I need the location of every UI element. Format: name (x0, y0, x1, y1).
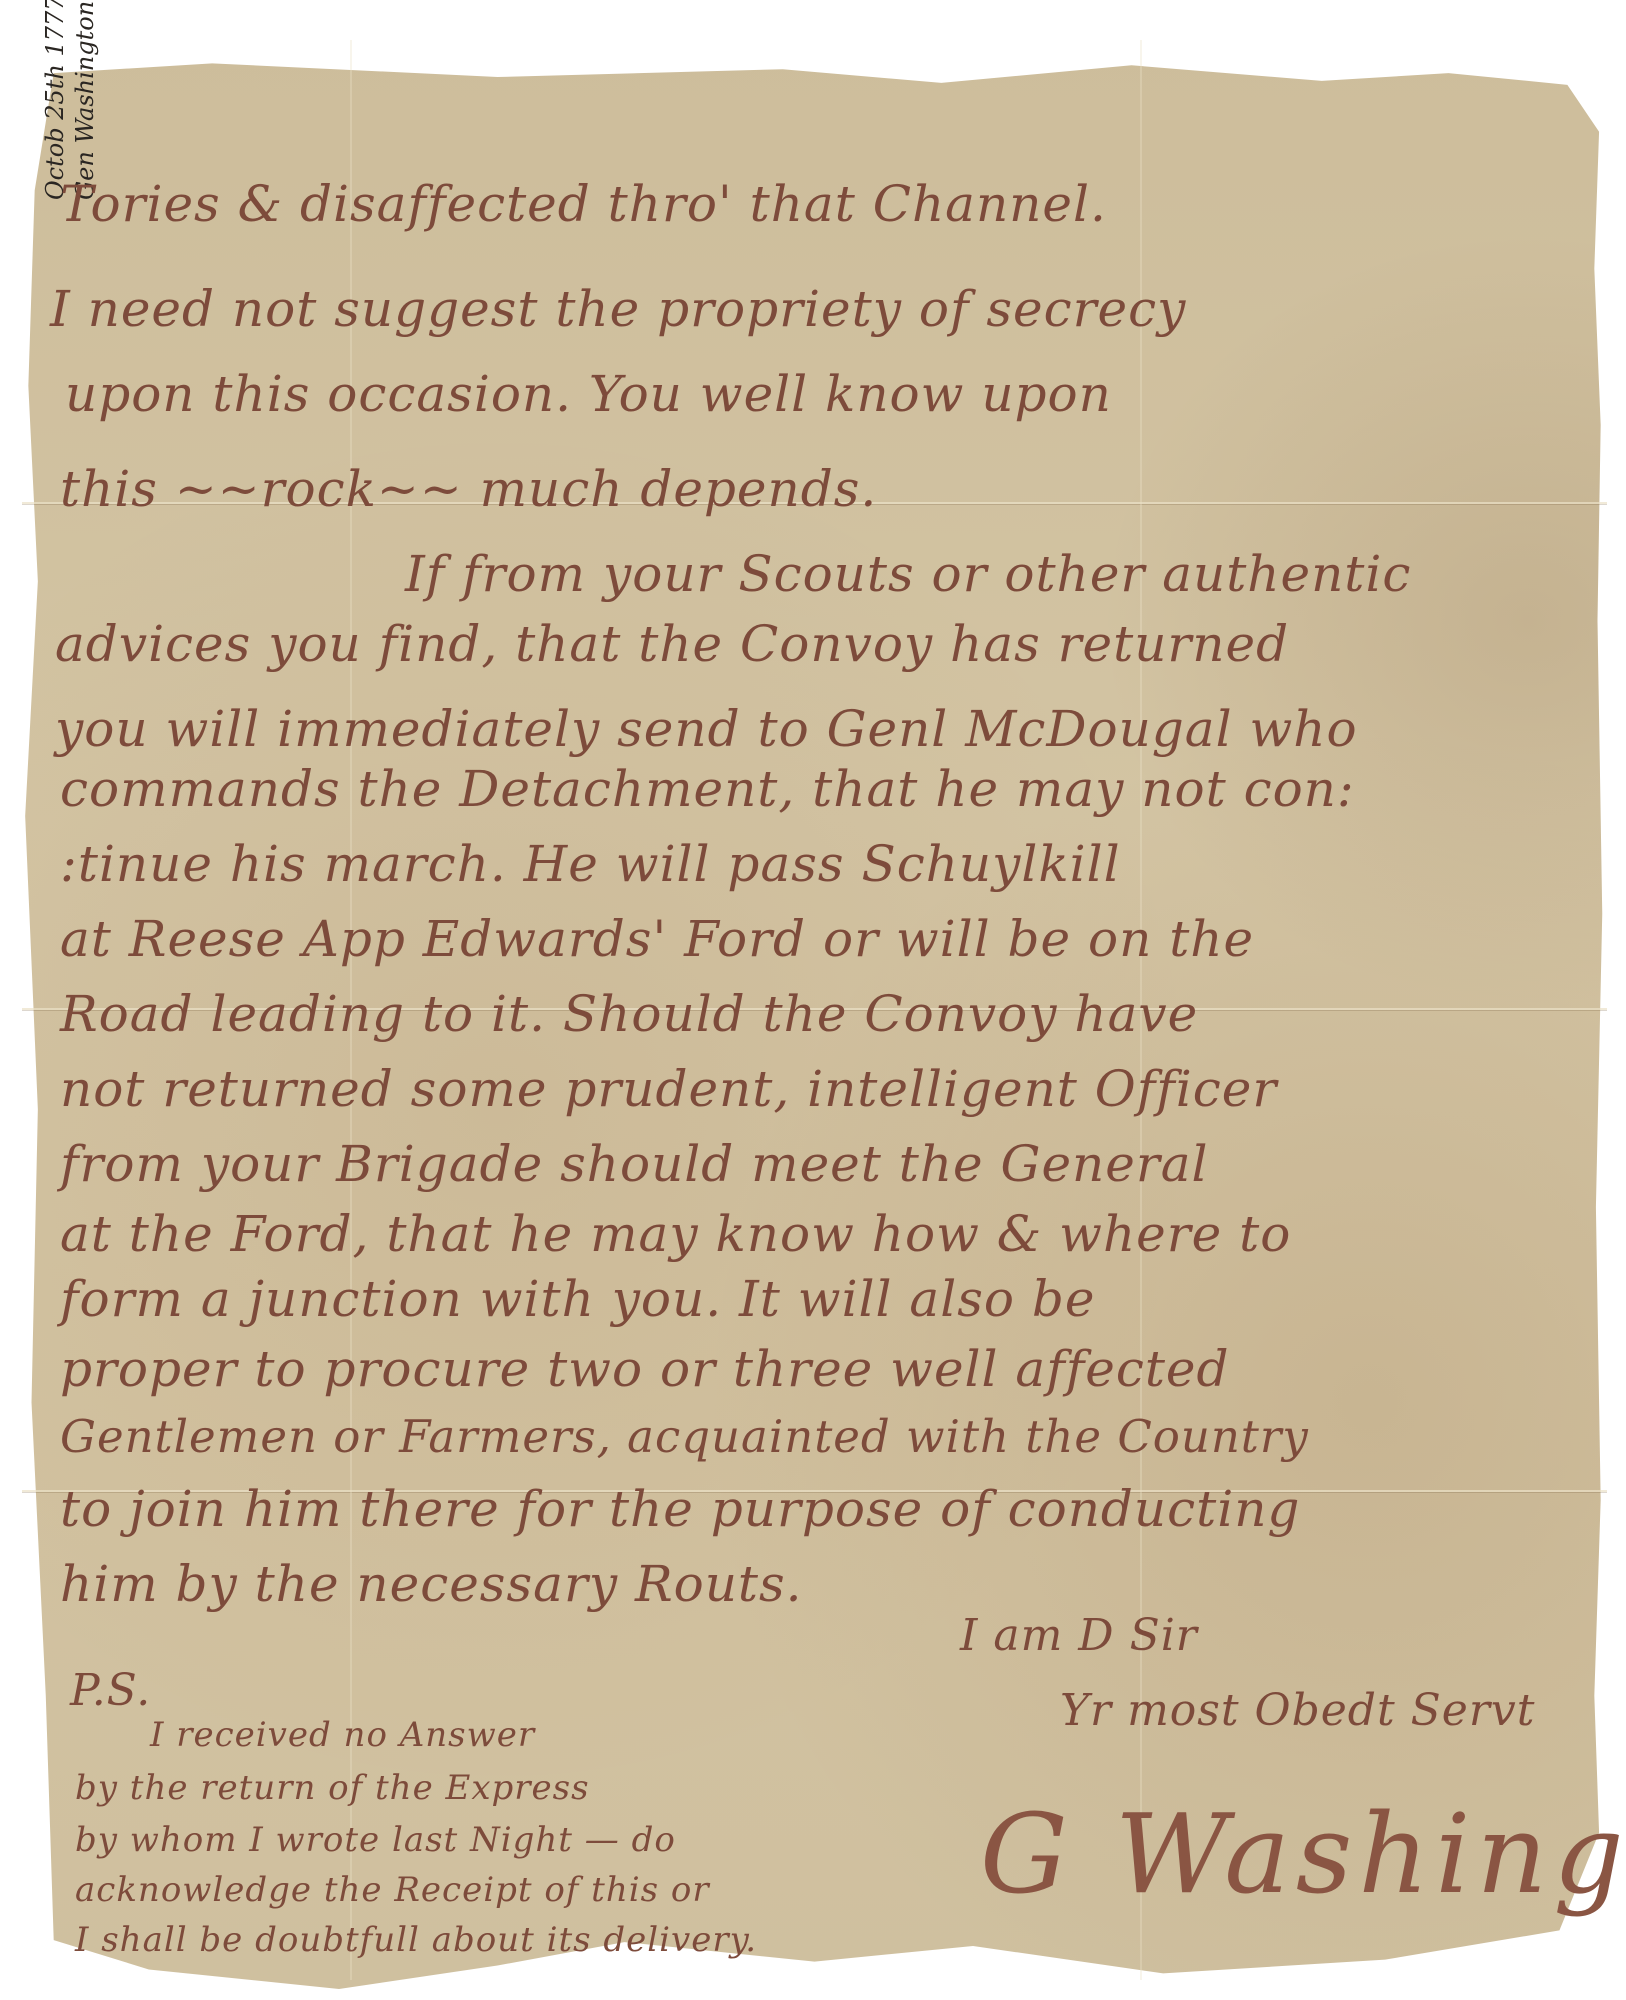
body-line: Road leading to it. Should the Convoy ha… (60, 985, 1198, 1043)
docket-author: Gen Washington (70, 0, 100, 200)
docket-date: Octob 25th 1777 (40, 0, 70, 200)
body-line: at the Ford, that he may know how & wher… (60, 1205, 1291, 1263)
body-line: not returned some prudent, intelligent O… (60, 1060, 1277, 1118)
signature: G Washington (980, 1790, 1626, 1918)
body-line: to join him there for the purpose of con… (60, 1480, 1300, 1538)
salutation: I am D Sir (960, 1610, 1198, 1661)
postscript-label: P.S. (70, 1665, 151, 1716)
body-line: this ~~rock~~ much depends. (60, 460, 877, 518)
body-line: advices you find, that the Convoy has re… (55, 615, 1289, 673)
body-line: If from your Scouts or other authentic (405, 545, 1411, 603)
body-line: him by the necessary Routs. (60, 1555, 803, 1613)
postscript-line: by whom I wrote last Night — do (75, 1820, 676, 1860)
body-line: at Reese App Edwards' Ford or will be on… (60, 910, 1254, 968)
body-line: you will immediately send to Genl McDoug… (55, 700, 1358, 758)
body-line: :tinue his march. He will pass Schuylkil… (60, 835, 1121, 893)
body-line: Tories & disaffected thro' that Channel. (60, 175, 1107, 233)
valediction: Yr most Obedt Servt (1060, 1685, 1535, 1736)
body-line: upon this occasion. You well know upon (65, 365, 1112, 423)
body-line: I need not suggest the propriety of secr… (50, 280, 1186, 338)
postscript-line: by the return of the Express (75, 1768, 590, 1808)
body-line: from your Brigade should meet the Genera… (60, 1135, 1209, 1193)
postscript-line: I shall be doubtfull about its delivery. (75, 1920, 757, 1960)
body-line: form a junction with you. It will also b… (60, 1270, 1095, 1328)
postscript-line: acknowledge the Receipt of this or (75, 1870, 710, 1910)
body-line: Gentlemen or Farmers, acquainted with th… (60, 1410, 1309, 1463)
postscript-line: I received no Answer (150, 1715, 535, 1755)
body-line: commands the Detachment, that he may not… (60, 760, 1355, 818)
docket-notation: Octob 25th 1777 Gen Washington (40, 0, 100, 200)
body-line: proper to procure two or three well affe… (60, 1340, 1230, 1398)
